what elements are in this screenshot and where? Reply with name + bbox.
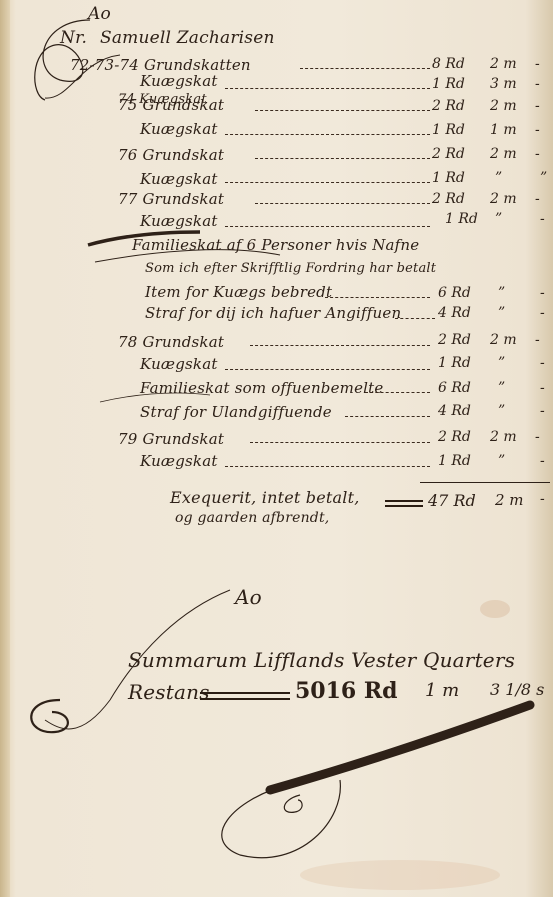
leader-dots — [255, 158, 430, 159]
amount-s: - — [535, 191, 540, 207]
amount-s: - — [540, 355, 545, 371]
entry-label: Som ich efter Skrifftlig Fordring har be… — [145, 261, 436, 276]
entry-label: 75 Grundskat — [118, 96, 224, 114]
entry-label: 79 Grundskat — [118, 430, 224, 448]
amount-rd: 2 Rd — [432, 98, 465, 114]
leader-dots — [250, 442, 430, 443]
entry-label: 78 Grundskat — [118, 333, 224, 351]
amount-m: ” — [498, 380, 505, 396]
amount-s: - — [540, 380, 545, 396]
amount-m: ” — [498, 355, 505, 371]
entry-label: Kuægskat — [140, 452, 218, 470]
leader-dots — [365, 392, 430, 393]
entry-label: Straf for Ulandgiffuende — [140, 403, 332, 421]
leader-dots — [395, 318, 435, 319]
conclusion-line2: og gaarden afbrendt, — [175, 510, 329, 526]
double-rule — [385, 500, 423, 507]
amount-s: - — [540, 285, 545, 301]
amount-m: ” — [495, 170, 502, 186]
amount-rd: 2 Rd — [432, 146, 465, 162]
amount-m: 2 m — [490, 332, 517, 348]
amount-s: - — [535, 332, 540, 348]
amount-rd: 1 Rd — [438, 355, 471, 371]
amount-s: - — [540, 403, 545, 419]
amount-rd: 2 Rd — [438, 429, 471, 445]
entry-label: Kuægskat — [140, 170, 218, 188]
amount-rd: 1 Rd — [432, 76, 465, 92]
amount-s: - — [540, 305, 545, 321]
amount-m: ” — [498, 305, 505, 321]
amount-rd: 1 Rd — [432, 170, 465, 186]
amount-s: ” — [540, 170, 547, 186]
summary-total-rd: 5016 Rd — [295, 678, 398, 704]
entry-label: Kuægskat — [140, 212, 218, 230]
header-prefix: Ao — [88, 4, 111, 24]
amount-rd: 4 Rd — [438, 403, 471, 419]
amount-s: - — [535, 146, 540, 162]
amount-m: 2 m — [490, 98, 517, 114]
entry-label: Familieskat af 6 Personer hvis Nafne — [132, 236, 419, 254]
entry-label: Straf for dij ich hafuer Angiffuen — [145, 304, 401, 322]
entry-label: Kuægskat — [140, 120, 218, 138]
amount-s: - — [540, 453, 545, 469]
amount-m: 1 m — [490, 122, 517, 138]
amount-rd: 1 Rd — [445, 211, 478, 227]
leader-dots — [225, 134, 430, 135]
amount-m: ” — [498, 285, 505, 301]
amount-rd: 1 Rd — [432, 122, 465, 138]
amount-m: ” — [498, 453, 505, 469]
amount-m: 3 m — [490, 76, 517, 92]
amount-m: 2 m — [490, 56, 517, 72]
summary-restans-label: Restans — [128, 680, 210, 704]
amount-s: - — [535, 76, 540, 92]
amount-rd: 6 Rd — [438, 380, 471, 396]
summary-total-s: 3 1/8 s — [490, 680, 544, 699]
amount-rd: 1 Rd — [438, 453, 471, 469]
header-name: Samuell Zacharisen — [100, 28, 275, 48]
total-s: - — [540, 491, 545, 507]
summary-prefix: Ao — [235, 585, 262, 609]
conclusion-line1: Exequerit, intet betalt, — [170, 488, 360, 507]
leader-dots — [225, 226, 430, 227]
amount-m: ” — [498, 403, 505, 419]
entry-label: Familieskat som offuenbemelte — [140, 379, 384, 397]
leader-dots — [300, 68, 430, 69]
amount-s: - — [535, 122, 540, 138]
leader-dots — [250, 345, 430, 346]
entry-label: 77 Grundskat — [118, 190, 224, 208]
entry-label: Kuægskat — [140, 72, 218, 90]
amount-m: ” — [495, 211, 502, 227]
summary-line1: Summarum Lifflands Vester Quarters — [128, 648, 515, 672]
amount-s: - — [535, 429, 540, 445]
manuscript-page: Ao Nr. Samuell Zacharisen 72-73-74 Grund… — [0, 0, 553, 897]
amount-s: - — [540, 211, 545, 227]
leader-dots — [225, 182, 430, 183]
amount-s: - — [535, 98, 540, 114]
leader-dots — [345, 416, 430, 417]
leader-dots — [225, 88, 430, 89]
total-rd: 47 Rd — [428, 491, 476, 510]
leader-dots — [325, 297, 430, 298]
total-m: 2 m — [495, 491, 524, 509]
leader-dots — [225, 466, 430, 467]
amount-rd: 6 Rd — [438, 285, 471, 301]
header-nr: Nr. — [60, 28, 87, 48]
leader-dots — [225, 369, 430, 370]
amount-rd: 2 Rd — [438, 332, 471, 348]
entry-label: Item for Kuægs bebredt — [145, 283, 332, 301]
summary-total-m: 1 m — [425, 680, 459, 701]
entry-label: Kuægskat — [140, 355, 218, 373]
leader-dots — [255, 203, 430, 204]
sum-rule — [420, 482, 550, 483]
amount-m: 2 m — [490, 429, 517, 445]
amount-s: - — [535, 56, 540, 72]
amount-rd: 8 Rd — [432, 56, 465, 72]
leader-dots — [255, 110, 430, 111]
double-rule — [200, 692, 290, 700]
amount-m: 2 m — [490, 191, 517, 207]
amount-rd: 2 Rd — [432, 191, 465, 207]
amount-rd: 4 Rd — [438, 305, 471, 321]
amount-m: 2 m — [490, 146, 517, 162]
entry-label: 76 Grundskat — [118, 146, 224, 164]
